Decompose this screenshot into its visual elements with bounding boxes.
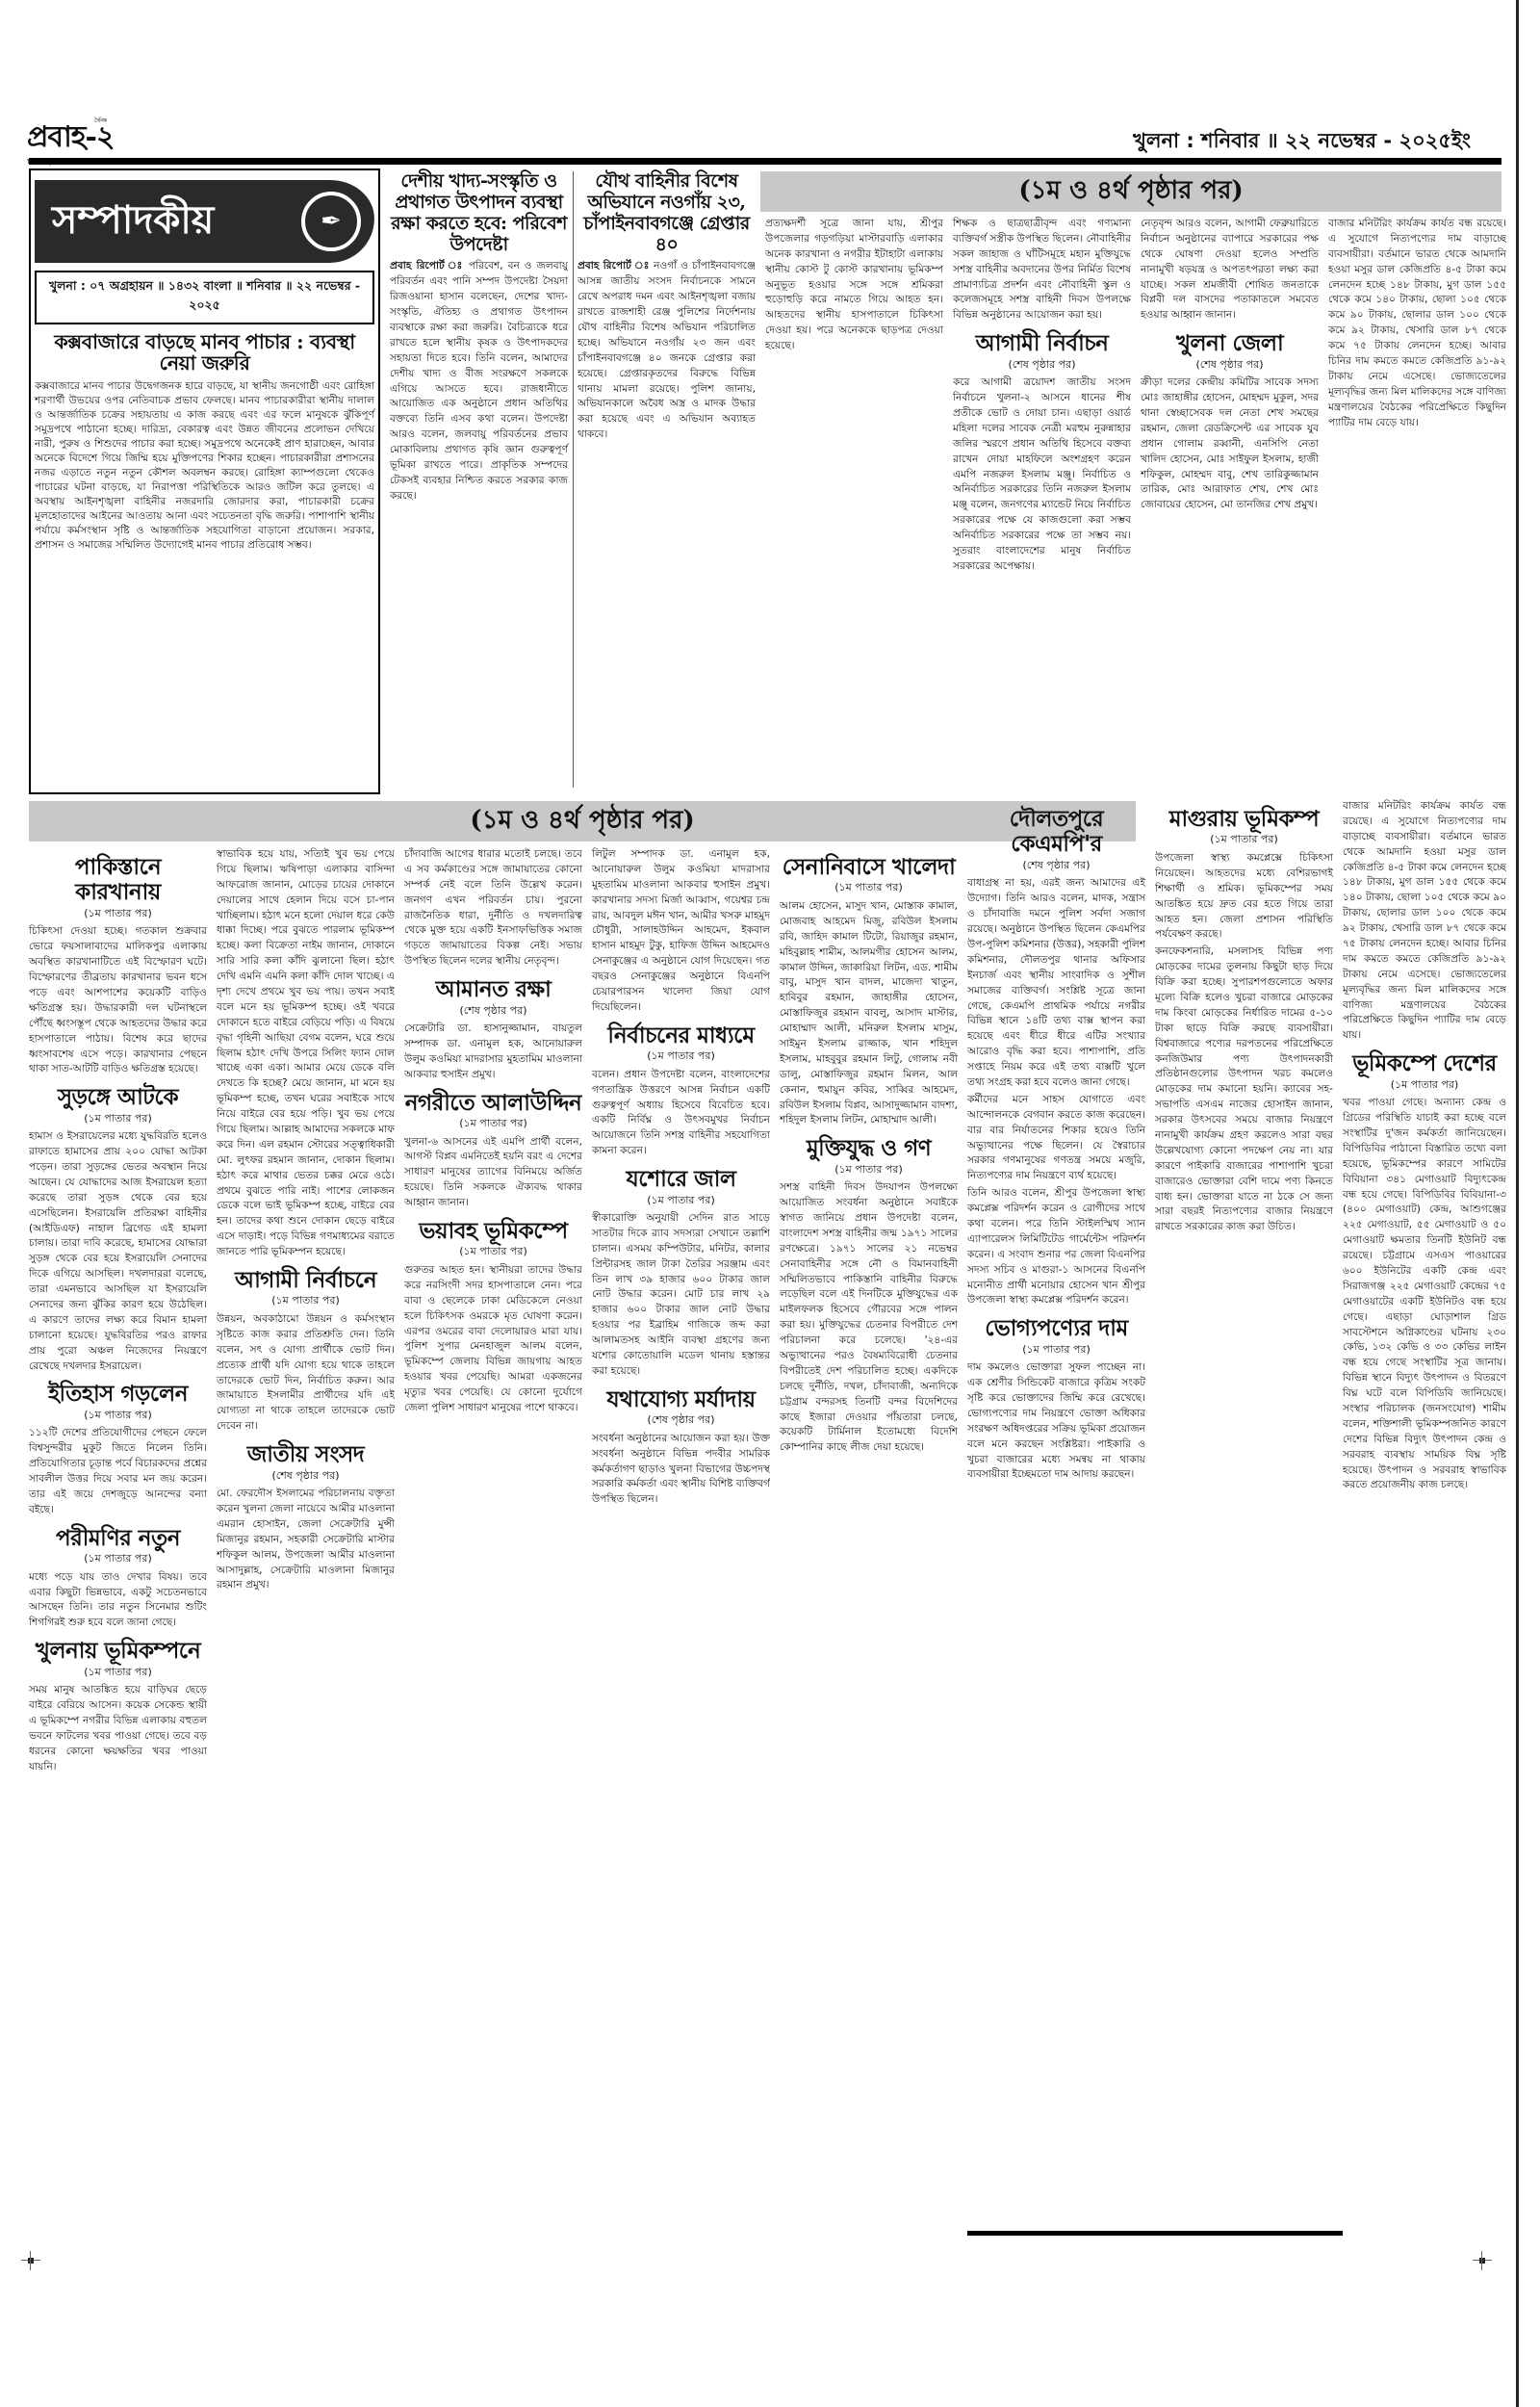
section-body: উন্নয়ন, অবকাঠামো উন্নয়ন ও কর্মসংস্থান … <box>217 1312 395 1435</box>
section-subheading: (১ম পাতার পর) <box>1155 832 1333 848</box>
section-heading: আগামী নির্বাচনে <box>217 1268 395 1293</box>
editorial-dateline: খুলনা : ০৭ অগ্রহায়ন ॥ ১৪৩২ বাংলা ॥ শনিব… <box>35 271 374 324</box>
section-body: করে আগামী ত্রয়োদশ জাতীয় সংসদ নির্বাচনে… <box>953 375 1131 575</box>
editorial-headline: কক্সবাজারে বাড়ছে মানব পাচার : ব্যবস্থা … <box>35 332 374 374</box>
section-heading: নির্বাচনের মাধ্যমে <box>592 1023 770 1048</box>
column-text: বাজার মনিটরিং কার্যক্রম কার্যত বন্ধ রয়ে… <box>1328 217 1506 430</box>
masthead: দৈনিক প্রবাহ-২ The Daily Probaho খুলনা :… <box>27 114 1500 162</box>
lower-column-2: স্বাভাবিক হয়ে যায়, সত্যিই খুব ভয় পেয়… <box>217 847 395 2229</box>
section-body: কর্মীদের মনে সাহস যোগাতে এবং আন্দোলনকে ব… <box>967 1093 1145 1184</box>
column-text: প্রত্যক্ষদর্শী সূত্রে জানা যায়, শ্রীপুর… <box>765 217 943 354</box>
lower-column-6: দৌলতপুরে কেএমপি'র (শেষ পৃষ্ঠার পর) বাধাগ… <box>967 799 1145 2229</box>
crop-mark-icon <box>1473 2251 1492 2270</box>
section-body: কনফেকশনারি, মসলাসহ বিভিন্ন পণ্য মোড়কের … <box>1155 945 1333 1235</box>
section-heading: সেনানিবাসে খালেদা <box>780 855 958 880</box>
section-subheading: (১ম পাতার পর) <box>29 1551 207 1567</box>
section-body: তিনি আরও বলেন, শ্রীপুর উপজেলা স্বাস্থ্য … <box>967 1186 1145 1308</box>
section-heading: যথাযোগ্য মর্যাদায় <box>592 1387 770 1412</box>
section-body: আলম হোসেন, মাসুদ খান, মোস্তাক কামাল, মোজ… <box>780 899 958 1128</box>
lower-column-8: বাজার মনিটরিং কার্যক্রম কার্যত বন্ধ রয়ে… <box>1343 799 1506 2229</box>
section-heading: ভোগ্যপণ্যের দাম <box>967 1316 1145 1341</box>
section-body: চিকিৎসা দেওয়া হচ্ছে। গতকাল শুক্রবার ভোর… <box>29 924 207 1077</box>
column-divider <box>573 171 574 788</box>
lower-column-7: মাগুরায় ভূমিকম্প (১ম পাতার পর) উপজেলা স… <box>1155 799 1333 2229</box>
section-subheading: (১ম পাতার পর) <box>404 1244 582 1260</box>
editorial-title: সম্পাদকীয় <box>52 190 214 254</box>
section-body: সশস্ত্র বাহিনী দিবস উদযাপন উপলক্ষ্যে আয়… <box>780 1180 958 1456</box>
section-heading: মাগুরায় ভূমিকম্প <box>1155 807 1333 832</box>
section-subheading: (১ম পাতার পর) <box>29 906 207 922</box>
section-subheading: (১ম পাতার পর) <box>217 1293 395 1309</box>
section-heading: যশোরে জাল <box>592 1167 770 1192</box>
story-joint-forces: যৌথ বাহিনীর বিশেষ অভিযানে নওগাঁয় ২৩, চা… <box>577 171 756 445</box>
section-subheading: (১ম পাতার পর) <box>967 1342 1145 1359</box>
upper-column-3: নেতৃবৃন্দ আরও বলেন, আগামী ফেব্রুয়ারিতে … <box>1141 217 1319 785</box>
continuation-band-top: (১ম ও ৪র্থ পৃষ্ঠার পর) <box>760 171 1501 212</box>
section-body: উপজেলা স্বাস্থ্য কমপ্লেক্সে চিকিৎসা নিয়… <box>1155 851 1333 943</box>
lower-column-5: সেনানিবাসে খালেদা (১ম পাতার পর) আলম হোসে… <box>780 847 958 2229</box>
section-subheading: (শেষ পৃষ্ঠার পর) <box>953 357 1131 374</box>
section-subheading: (১ম পাতার পর) <box>780 880 958 896</box>
story-headline: যৌথ বাহিনীর বিশেষ অভিযানে নওগাঁয় ২৩, চা… <box>577 171 756 255</box>
logo-tagline: দৈনিক <box>94 116 106 126</box>
lower-column-3: চাঁদাবাজি আগের ধারার মতোই চলছে। তবে এ সব… <box>404 847 582 2229</box>
section-heading: ভূমিকম্পে দেশের <box>1343 1051 1506 1076</box>
section-body: সেক্রেটারি ডা. হাসানুজ্জামান, বায়তুল সম… <box>404 1022 582 1083</box>
editorial-body: কক্সবাজারে মানব পাচার উদ্বেগজনক হারে বাড… <box>35 379 374 553</box>
section-subheading: (১ম পাতার পর) <box>29 1111 207 1127</box>
section-body: ক্রীড়া দলের কেন্দ্রীয় কমিটির সাবেক সদস… <box>1141 375 1319 513</box>
section-body: স্বীকারোক্তি অনুযায়ী সেদিন রাত সাড়ে সা… <box>592 1211 770 1380</box>
section-body: সংবর্ধনা অনুষ্ঠানের আয়োজন করা হয়। উক্ত… <box>592 1432 770 1508</box>
editorial-box: সম্পাদকীয় ✒ খুলনা : ০৭ অগ্রহায়ন ॥ ১৪৩২… <box>29 168 380 794</box>
page-edge-rule <box>1516 0 1519 2407</box>
section-heading: ইতিহাস গড়লেন <box>29 1382 207 1407</box>
section-heading: পরীমণির নতুন <box>29 1526 207 1551</box>
story-byline: প্রবাহ রিপোর্ট ঃ <box>577 260 650 272</box>
section-subheading: (শেষ পৃষ্ঠার পর) <box>1141 357 1319 374</box>
section-subheading: (১ম পাতার পর) <box>1343 1077 1506 1094</box>
upper-column-2: শিক্ষক ও ছাত্রছাত্রীবৃন্দ এবং গণ্যমান্য … <box>953 217 1131 785</box>
top-rule <box>29 158 1501 165</box>
section-heading: খুলনা জেলা <box>1141 331 1319 356</box>
section-body: বাজার মনিটরিং কার্যক্রম কার্যত বন্ধ রয়ে… <box>1343 799 1506 1044</box>
story-headline: দেশীয় খাদ্য-সংস্কৃতি ও প্রথাগত উৎপাদন ব… <box>390 171 568 255</box>
section-body: চাঁদাবাজি আগের ধারার মতোই চলছে। তবে এ সব… <box>404 847 582 970</box>
section-heading: মুক্তিযুদ্ধ ও গণ <box>780 1136 958 1161</box>
section-subheading: (শেষ পৃষ্ঠার পর) <box>967 858 1145 874</box>
lower-column-1: পাকিস্তানে কারখানায় (১ম পাতার পর) চিকিৎ… <box>29 847 207 2229</box>
section-subheading: (১ম পাতার পর) <box>780 1162 958 1178</box>
section-body: দাম কমলেও ভোক্তারা সুফল পাচ্ছেন না। এক শ… <box>967 1360 1145 1483</box>
section-body: খবর পাওয়া গেছে। অন্যান্য কেন্দ্র ও গ্রি… <box>1343 1096 1506 1493</box>
section-subheading: (শেষ পৃষ্ঠার পর) <box>217 1468 395 1485</box>
section-subheading: (১ম পাতার পর) <box>404 1116 582 1132</box>
story-byline: প্রবাহ রিপোর্ট ঃ <box>390 260 464 272</box>
section-subheading: (১ম পাতার পর) <box>29 1665 207 1681</box>
upper-column-1: প্রত্যক্ষদর্শী সূত্রে জানা যায়, শ্রীপুর… <box>765 217 943 785</box>
section-body: হামাস ও ইসরায়েলের মধ্যে যুদ্ধবিরতি হলেও… <box>29 1129 207 1374</box>
section-heading: সুড়ঙ্গে আটকে <box>29 1085 207 1110</box>
section-subheading: (১ম পাতার পর) <box>592 1048 770 1065</box>
crop-mark-icon <box>21 2251 40 2270</box>
story-environment: দেশীয় খাদ্য-সংস্কৃতি ও প্রথাগত উৎপাদন ব… <box>390 171 568 506</box>
page-dateline: খুলনা : শনিবার ॥ ২২ নভেম্বর - ২০২৫ইং <box>1133 125 1471 159</box>
section-body: খুলনা-৬ আসনের এই এমপি প্রার্থী বলেন, আগস… <box>404 1135 582 1211</box>
bottom-rule <box>967 2231 1343 2236</box>
continuation-label: (১ম ও ৪র্থ পৃষ্ঠার পর) <box>1018 170 1243 213</box>
continuation-label: (১ম ও ৪র্থ পৃষ্ঠার পর) <box>470 800 694 842</box>
section-subheading: (১ম পাতার পর) <box>29 1408 207 1424</box>
section-heading: দৌলতপুরে কেএমপি'র <box>967 807 1145 858</box>
editorial-banner: সম্পাদকীয় ✒ <box>35 174 374 263</box>
section-heading: আমানত রক্ষা <box>404 977 582 1002</box>
upper-column-4: বাজার মনিটরিং কার্যক্রম কার্যত বন্ধ রয়ে… <box>1328 217 1506 785</box>
section-heading: নগরীতে আলাউদ্দিন <box>404 1091 582 1116</box>
story-body: নওগাঁ ও চাঁপাইনবাবগঞ্জে আসন্ন জাতীয় সংস… <box>577 260 756 440</box>
section-heading: ভয়াবহ ভূমিকম্পে <box>404 1219 582 1244</box>
section-body: লিটুল সম্পাদক ডা. এনামুল হক, আনোয়ারুল উ… <box>592 847 770 1016</box>
fountain-pen-icon: ✒ <box>301 192 361 251</box>
section-heading: জাতীয় সংসদ <box>217 1442 395 1467</box>
section-body: মো. ফেরদৌস ইসলামের পরিচালনায় বক্তৃতা কর… <box>217 1487 395 1593</box>
section-heading: খুলনায় ভূমিকম্পনে <box>29 1639 207 1664</box>
column-text: নেতৃবৃন্দ আরও বলেন, আগামী ফেব্রুয়ারিতে … <box>1141 217 1319 324</box>
section-heading: আগামী নির্বাচন <box>953 331 1131 356</box>
section-body: বাধাগ্রস্থ না হয়, এরই জন্য আমাদের এই উদ… <box>967 876 1145 1090</box>
story-body: পরিবেশ, বন ও জলবায়ু পরিবর্তন এবং পানি স… <box>390 260 568 501</box>
section-body: গুরুতর আহত হন। স্থানীয়রা তাদের উদ্ধার ক… <box>404 1263 582 1416</box>
section-body: সময় মানুষ আতঙ্কিত হয়ে বাড়িঘর ছেড়ে বা… <box>29 1683 207 1774</box>
section-subheading: (শেষ পৃষ্ঠার পর) <box>404 1003 582 1020</box>
section-body: বলেন। প্রধান উপদেষ্টা বলেন, বাংলাদেশের গ… <box>592 1068 770 1159</box>
section-subheading: (১ম পাতার পর) <box>592 1193 770 1209</box>
section-body: ১১২টি দেশের প্রতিযোগীদের পেছনে ফেলে বিশ্… <box>29 1426 207 1517</box>
column-text: শিক্ষক ও ছাত্রছাত্রীবৃন্দ এবং গণ্যমান্য … <box>953 217 1131 324</box>
lower-column-4: লিটুল সম্পাদক ডা. এনামুল হক, আনোয়ারুল উ… <box>592 847 770 2229</box>
section-subheading: (শেষ পৃষ্ঠার পর) <box>592 1412 770 1429</box>
section-heading: পাকিস্তানে কারখানায় <box>29 855 207 906</box>
section-body: মধ্যে পড়ে যায় তাও দেখার বিষয়। তবে এবা… <box>29 1570 207 1632</box>
section-body: স্বাভাবিক হয়ে যায়, সত্যিই খুব ভয় পেয়… <box>217 847 395 1260</box>
